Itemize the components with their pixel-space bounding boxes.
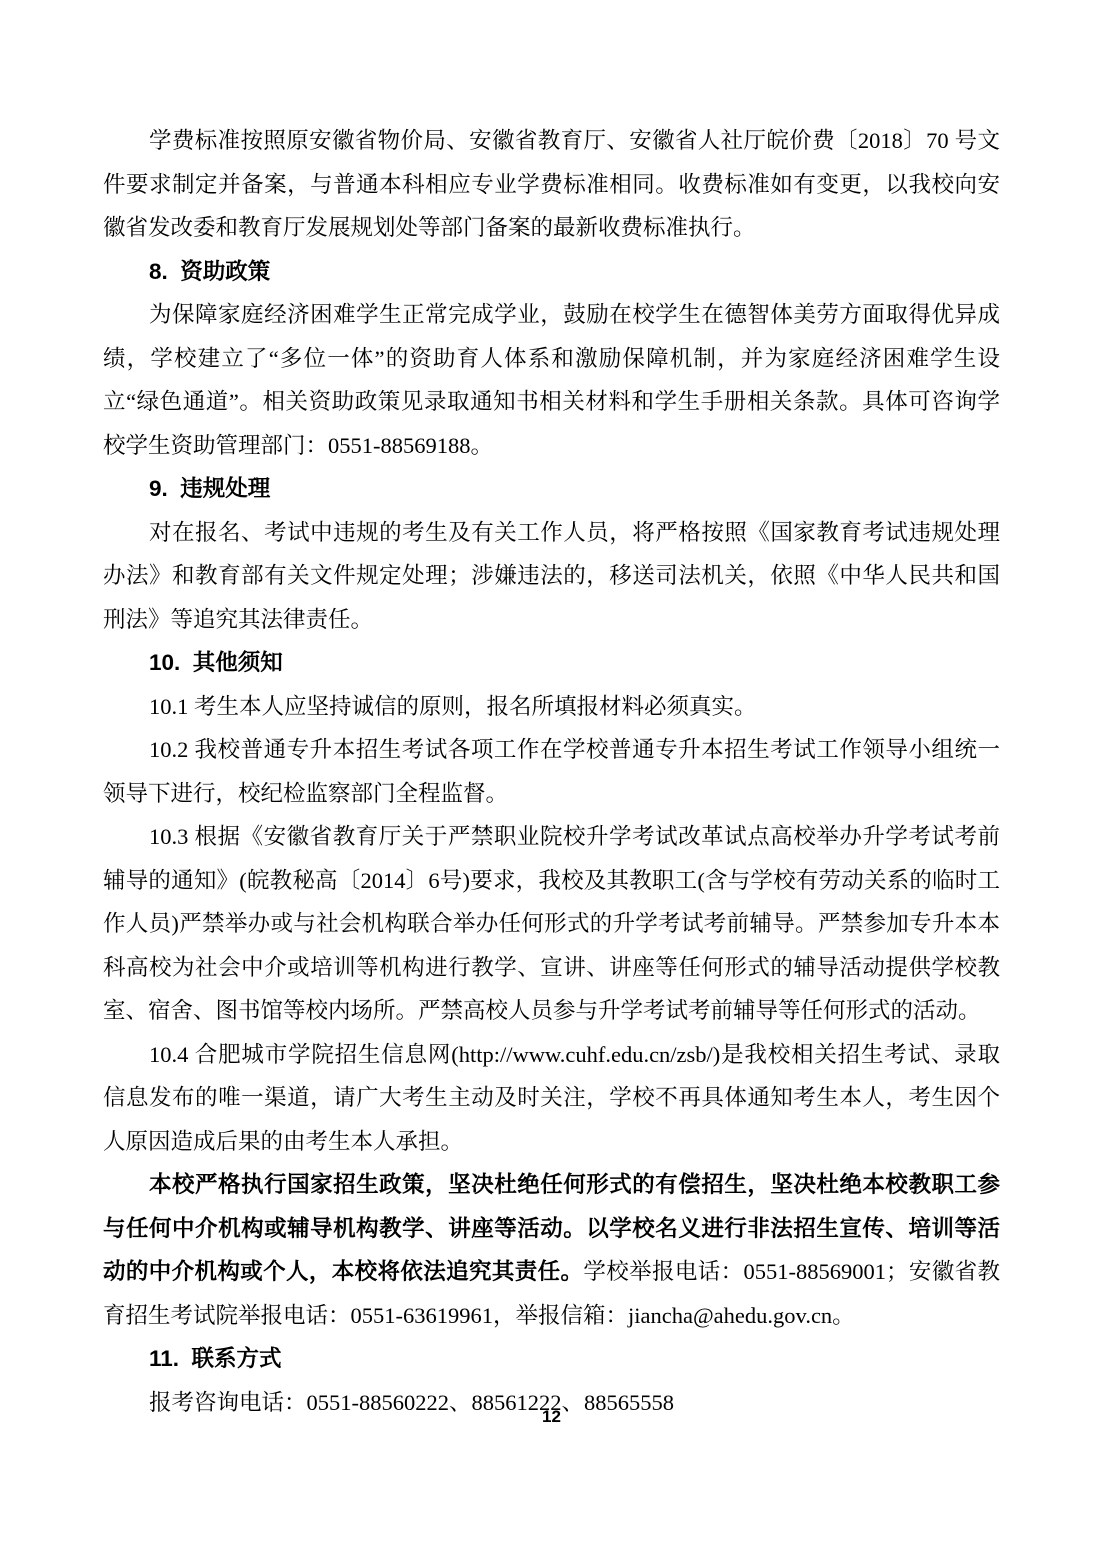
paragraph-enrollment-warning: 本校严格执行国家招生政策，坚决杜绝任何形式的有偿招生，坚决杜绝本校教职工参与任何… (103, 1163, 1000, 1337)
paragraph-funding-policy: 为保障家庭经济困难学生正常完成学业，鼓励在校学生在德智体美劳方面取得优异成绩，学… (103, 293, 1000, 467)
heading-10-other-notices: 10. 其他须知 (103, 641, 1000, 685)
heading-9-violation-handling: 9. 违规处理 (103, 467, 1000, 511)
paragraph-10-4-admission-info-website: 10.4 合肥城市学院招生信息网(http://www.cuhf.edu.cn/… (103, 1033, 1000, 1164)
heading-11-contact-info: 11. 联系方式 (103, 1337, 1000, 1381)
paragraph-10-2-leadership-supervision: 10.2 我校普通专升本招生考试各项工作在学校普通专升本招生考试工作领导小组统一… (103, 728, 1000, 815)
paragraph-violation-handling: 对在报名、考试中违规的考生及有关工作人员，将严格按照《国家教育考试违规处理办法》… (103, 511, 1000, 642)
document-body: 学费标准按照原安徽省物价局、安徽省教育厅、安徽省人社厅皖价费〔2018〕70 号… (103, 119, 1000, 1424)
document-page: 学费标准按照原安徽省物价局、安徽省教育厅、安徽省人社厅皖价费〔2018〕70 号… (0, 0, 1102, 1559)
paragraph-10-3-tutoring-prohibition: 10.3 根据《安徽省教育厅关于严禁职业院校升学考试改革试点高校举办升学考试考前… (103, 815, 1000, 1033)
paragraph-tuition-standard: 学费标准按照原安徽省物价局、安徽省教育厅、安徽省人社厅皖价费〔2018〕70 号… (103, 119, 1000, 250)
paragraph-10-1-integrity: 10.1 考生本人应坚持诚信的原则，报名所填报材料必须真实。 (103, 685, 1000, 729)
page-number: 12 (103, 1408, 1000, 1426)
heading-8-funding-policy: 8. 资助政策 (103, 250, 1000, 294)
